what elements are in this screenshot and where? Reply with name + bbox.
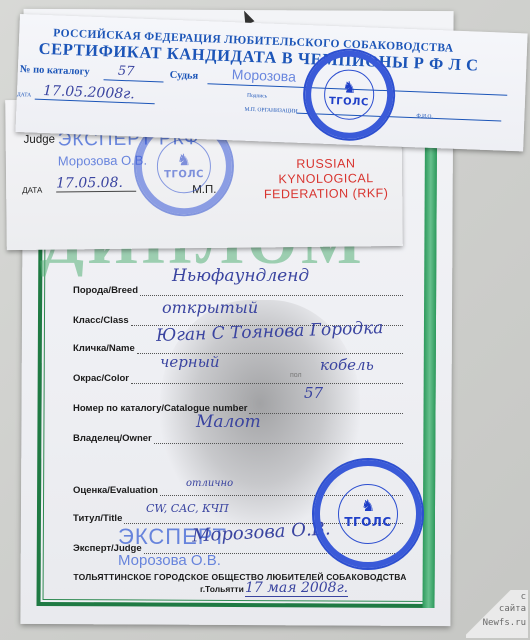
cert-mp-label: М.П. ОРГАНИЗАЦИИ [244,107,297,115]
color-value: черный [160,353,220,371]
field-label: Окрас/Color [73,373,129,384]
cert-catalogue-label: № по каталогу [20,64,90,78]
cert-judge-label: Судья [170,70,199,82]
dog-handler-icon: ♞ [361,499,375,515]
owner-value: Малот [196,412,261,432]
cert-signature-label: Подпись [247,93,267,100]
date-value: 17.05.08. [56,175,136,193]
cert-catalogue-value: 57 [118,64,135,80]
dog-handler-icon: ♞ [177,153,192,169]
cert-date-label: ДАТА [17,92,32,99]
stamp-label: ТГОЛС [344,515,391,529]
date-label: ДАТА [22,186,42,195]
cac-certificate-slip: РОССИЙСКАЯ ФЕДЕРАЦИЯ ЛЮБИТЕЛЬСКОГО СОБАК… [15,14,527,151]
judge-label-en: Judge [24,134,55,146]
issue-date: 17 мая 2008г. [245,580,348,597]
site-watermark: с сайта Newfs.ru [466,590,528,638]
catalogue-number-value: 57 [304,384,323,402]
title-value: CW, CAC, КЧП [146,502,229,515]
sex-value: кобель [320,356,374,374]
rkf-federation-name: RUSSIAN KYNOLOGICAL FEDERATION (RKF) [256,156,396,202]
field-label: Кличка/Name [73,343,135,354]
sex-label: пол [290,372,302,379]
field-label: Оценка/Evaluation [73,485,158,496]
cert-fio-label: Ф.И.О. [416,113,433,120]
field-label: Порода/Breed [73,285,138,296]
expert-stamp-line2: Морозова О.В. [118,552,221,569]
field-label: Титул/Title [73,513,122,524]
field-label: Владелец/Owner [73,433,152,444]
organization-name: ТОЛЬЯТТИНСКОЕ ГОРОДСКОЕ ОБЩЕСТВО ЛЮБИТЕЛ… [60,572,420,582]
breed-value: Ньюфаундленд [172,266,309,286]
cert-judge-value: Морозова [232,66,297,84]
evaluation-value: отлично [186,478,233,489]
dog-handler-icon: ♞ [342,81,357,98]
class-value: открытый [162,298,258,317]
city-label: г.Тольятти [200,584,244,594]
club-stamp: ♞ ТГОЛС [312,458,424,570]
field-label: Класс/Class [73,315,129,326]
